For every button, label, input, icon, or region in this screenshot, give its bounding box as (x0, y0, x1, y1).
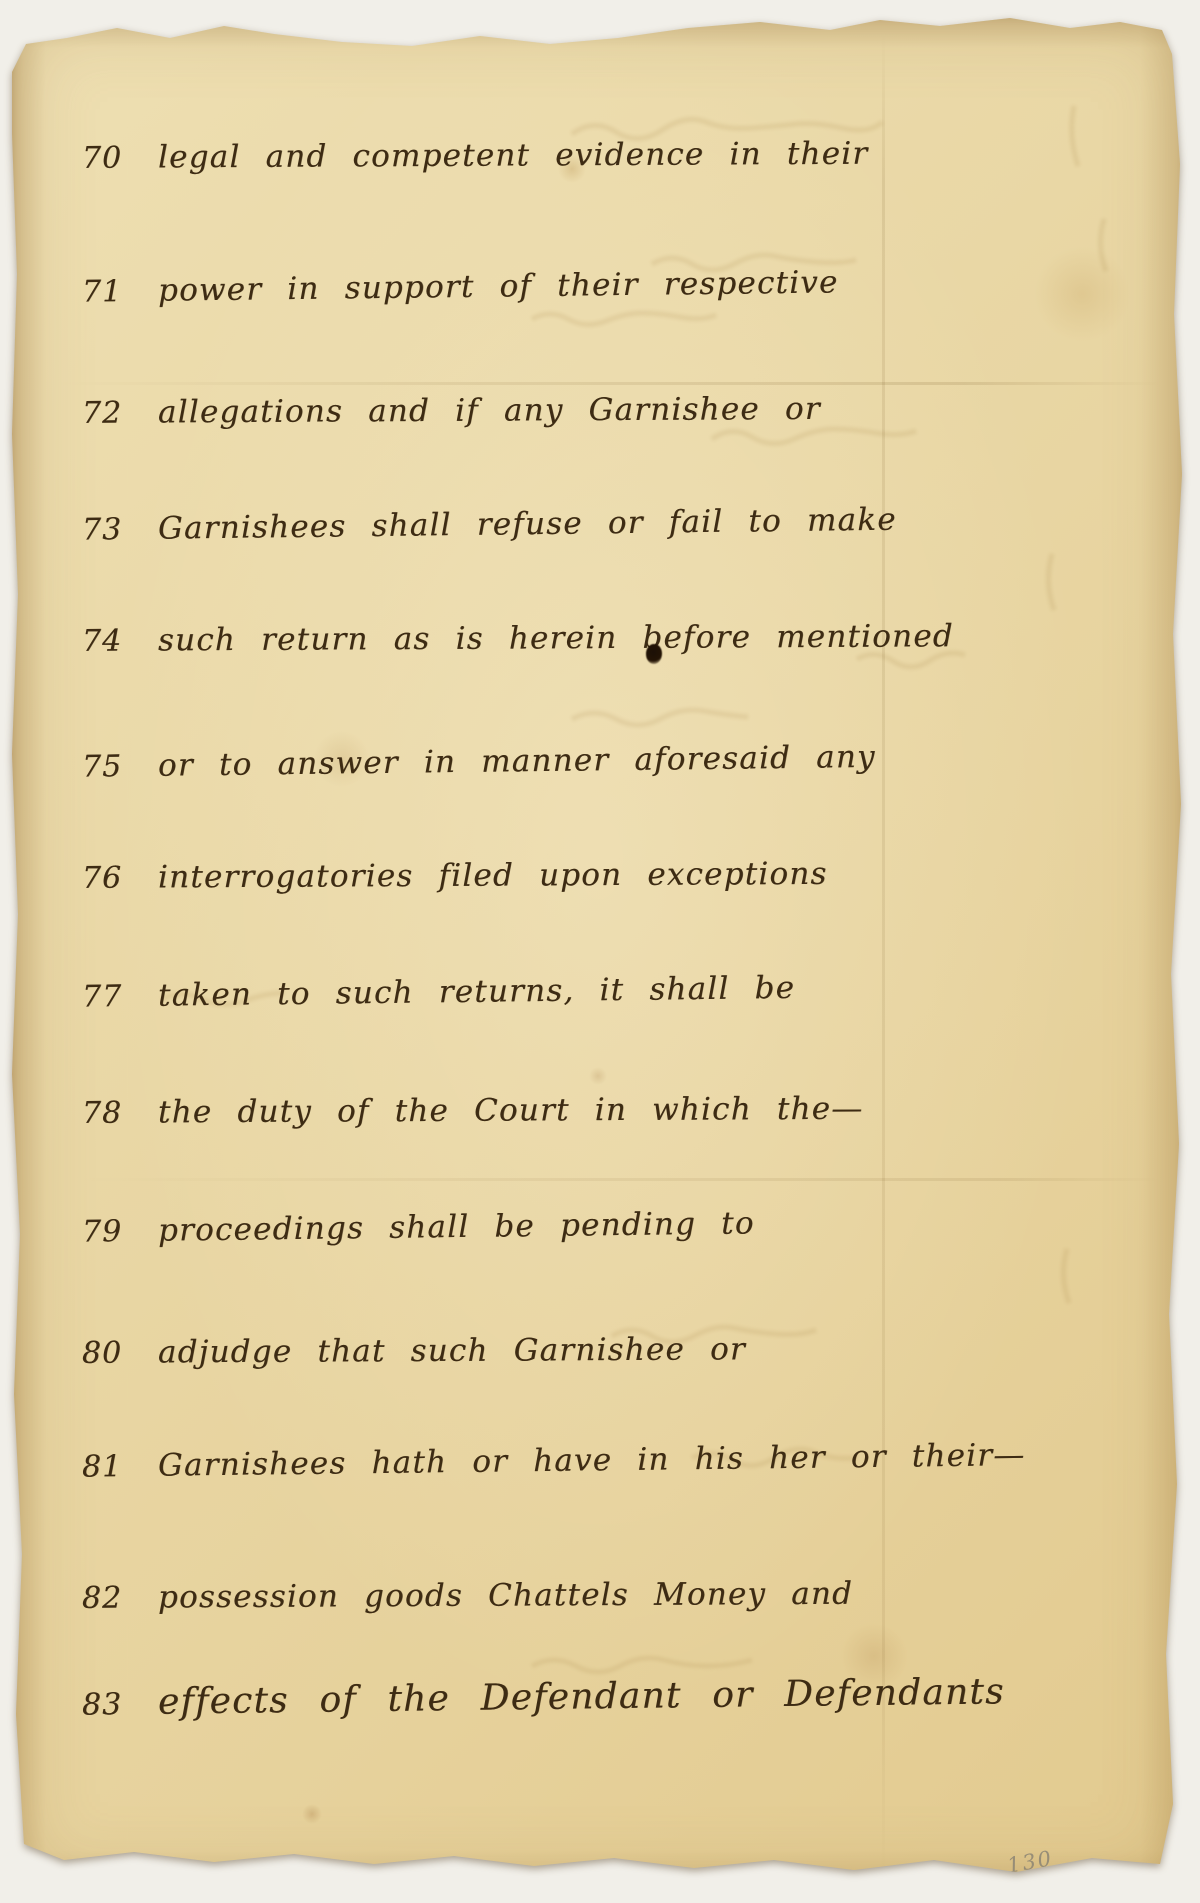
ink-blot (646, 644, 662, 664)
line-text: effects of the Defendant or Defendants (158, 1671, 1005, 1722)
line-number: 80 (82, 1336, 140, 1371)
line-text: Garnishees shall refuse or fail to make (158, 502, 897, 547)
line-number: 77 (82, 979, 140, 1015)
line-number: 74 (82, 624, 140, 659)
line-number: 72 (82, 396, 140, 431)
manuscript-line: 74 such return as is herein before menti… (82, 617, 1166, 659)
line-number: 79 (82, 1214, 140, 1250)
manuscript-line: 80 adjudge that such Garnishee or (82, 1329, 1166, 1371)
manuscript-line: 72 allegations and if any Garnishee or (82, 389, 1166, 431)
scanned-document: 70 legal and competent evidence in their… (12, 14, 1186, 1890)
manuscript-line: 83 effects of the Defendant or Defendant… (82, 1669, 1166, 1723)
line-text: legal and competent evidence in their (158, 136, 869, 176)
manuscript-line: 70 legal and competent evidence in their (82, 134, 1166, 176)
line-number: 82 (82, 1581, 140, 1616)
line-number: 81 (82, 1449, 140, 1485)
line-number: 70 (82, 141, 140, 176)
line-text: taken to such returns, it shall be (158, 970, 796, 1014)
line-text: proceedings shall be pending to (158, 1205, 755, 1248)
manuscript-page: 70 legal and competent evidence in their… (12, 14, 1186, 1890)
line-text: Garnishees hath or have in his her or th… (158, 1437, 1026, 1484)
manuscript-line: 79 proceedings shall be pending to (82, 1200, 1166, 1249)
manuscript-line: 78 the duty of the Court in which the— (82, 1089, 1166, 1131)
line-text: allegations and if any Garnishee or (158, 391, 821, 430)
manuscript-line: 71 power in support of their respective (82, 260, 1166, 309)
manuscript-line: 82 possession goods Chattels Money and (82, 1574, 1166, 1616)
line-number: 73 (82, 512, 140, 548)
line-text: adjudge that such Garnishee or (158, 1331, 746, 1370)
manuscript-line: 77 taken to such returns, it shall be (82, 965, 1166, 1014)
manuscript-text-block: 70 legal and competent evidence in their… (12, 14, 1186, 1890)
line-text: or to answer in manner aforesaid any (158, 739, 876, 784)
line-text: such return as is herein before mentione… (158, 618, 954, 658)
line-number: 75 (82, 749, 140, 785)
manuscript-line: 76 interrogatories filed upon exceptions (82, 854, 1166, 896)
line-number: 78 (82, 1096, 140, 1131)
line-text: possession goods Chattels Money and (158, 1576, 853, 1616)
line-number: 83 (82, 1687, 140, 1723)
manuscript-line: 73 Garnishees shall refuse or fail to ma… (82, 498, 1166, 547)
line-text: power in support of their respective (158, 264, 839, 308)
line-number: 76 (82, 861, 140, 896)
manuscript-line: 81 Garnishees hath or have in his her or… (82, 1435, 1166, 1484)
line-number: 71 (82, 274, 140, 310)
line-text: interrogatories filed upon exceptions (158, 856, 828, 896)
manuscript-line: 75 or to answer in manner aforesaid any (82, 735, 1166, 784)
line-text: the duty of the Court in which the— (158, 1091, 864, 1131)
